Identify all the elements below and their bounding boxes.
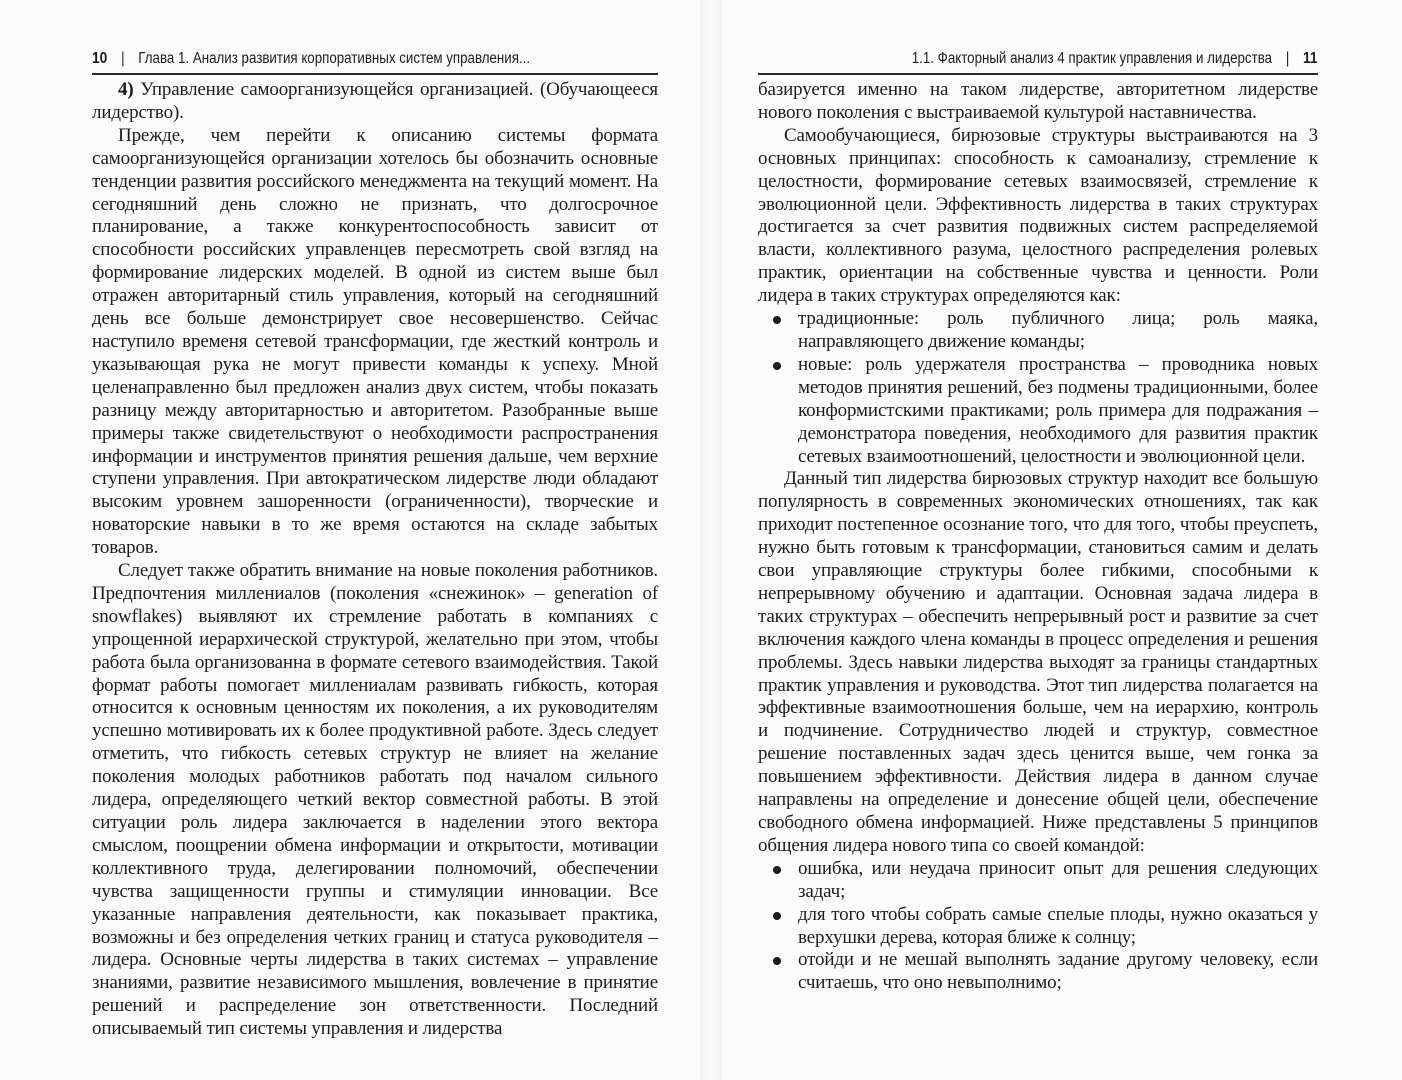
page-number: 11 [1303,48,1318,70]
bullet-icon [773,912,781,920]
header-rule [758,73,1318,75]
list-item: ошибка, или неудача приносит опыт для ре… [798,858,1318,904]
header-separator: | [1286,48,1289,70]
list-item: отойди и не мешай выполнять задание друг… [798,949,1318,995]
leader-roles-list: традиционные: роль публичного лица; роль… [758,308,1318,468]
paragraph-continuation: базируется именно на таком лидерстве, ав… [758,79,1318,125]
right-body-text: базируется именно на таком лидерстве, ав… [758,79,1318,995]
left-body-text: 4) Управление самоорганизующейся организ… [92,79,658,1041]
paragraph: Следует также обратить внимание на новые… [92,560,658,1041]
chapter-title: Глава 1. Анализ развития корпоративных с… [138,48,530,70]
right-running-head: 1.1. Факторный анализ 4 практик управлен… [759,48,1318,70]
paragraph: Прежде, чем перейти к описанию системы ф… [92,125,658,560]
list-item: для того чтобы собрать самые спелые плод… [798,904,1318,950]
left-running-head: 10 | Глава 1. Анализ развития корпоратив… [92,48,657,70]
header-rule [92,73,658,75]
right-text-column: 1.1. Факторный анализ 4 практик управлен… [758,48,1318,995]
bullet-icon [773,957,781,965]
right-page: 1.1. Факторный анализ 4 практик управлен… [722,0,1402,1080]
left-page: 10 | Глава 1. Анализ развития корпоратив… [0,0,700,1080]
paragraph: Данный тип лидерства бирюзовых структур … [758,468,1318,857]
list-item: новые: роль удержателя пространства – пр… [798,354,1318,469]
section-heading: 4) Управление самоорганизующейся организ… [92,79,658,125]
page-number: 10 [92,48,107,70]
bullet-icon [773,866,781,874]
bullet-icon [773,362,781,370]
paragraph: Самообучающиеся, бирюзовые структуры выс… [758,125,1318,308]
bullet-icon [773,316,781,324]
principles-list: ошибка, или неудача приносит опыт для ре… [758,858,1318,995]
left-text-column: 10 | Глава 1. Анализ развития корпоратив… [92,48,658,1041]
section-heading-text: Управление самоорганизующейся организаци… [92,79,658,123]
list-item: традиционные: роль публичного лица; роль… [798,308,1318,354]
section-title: 1.1. Факторный анализ 4 практик управлен… [912,48,1272,70]
header-separator: | [121,48,124,70]
book-gutter [700,0,722,1080]
section-number: 4) [118,79,134,100]
